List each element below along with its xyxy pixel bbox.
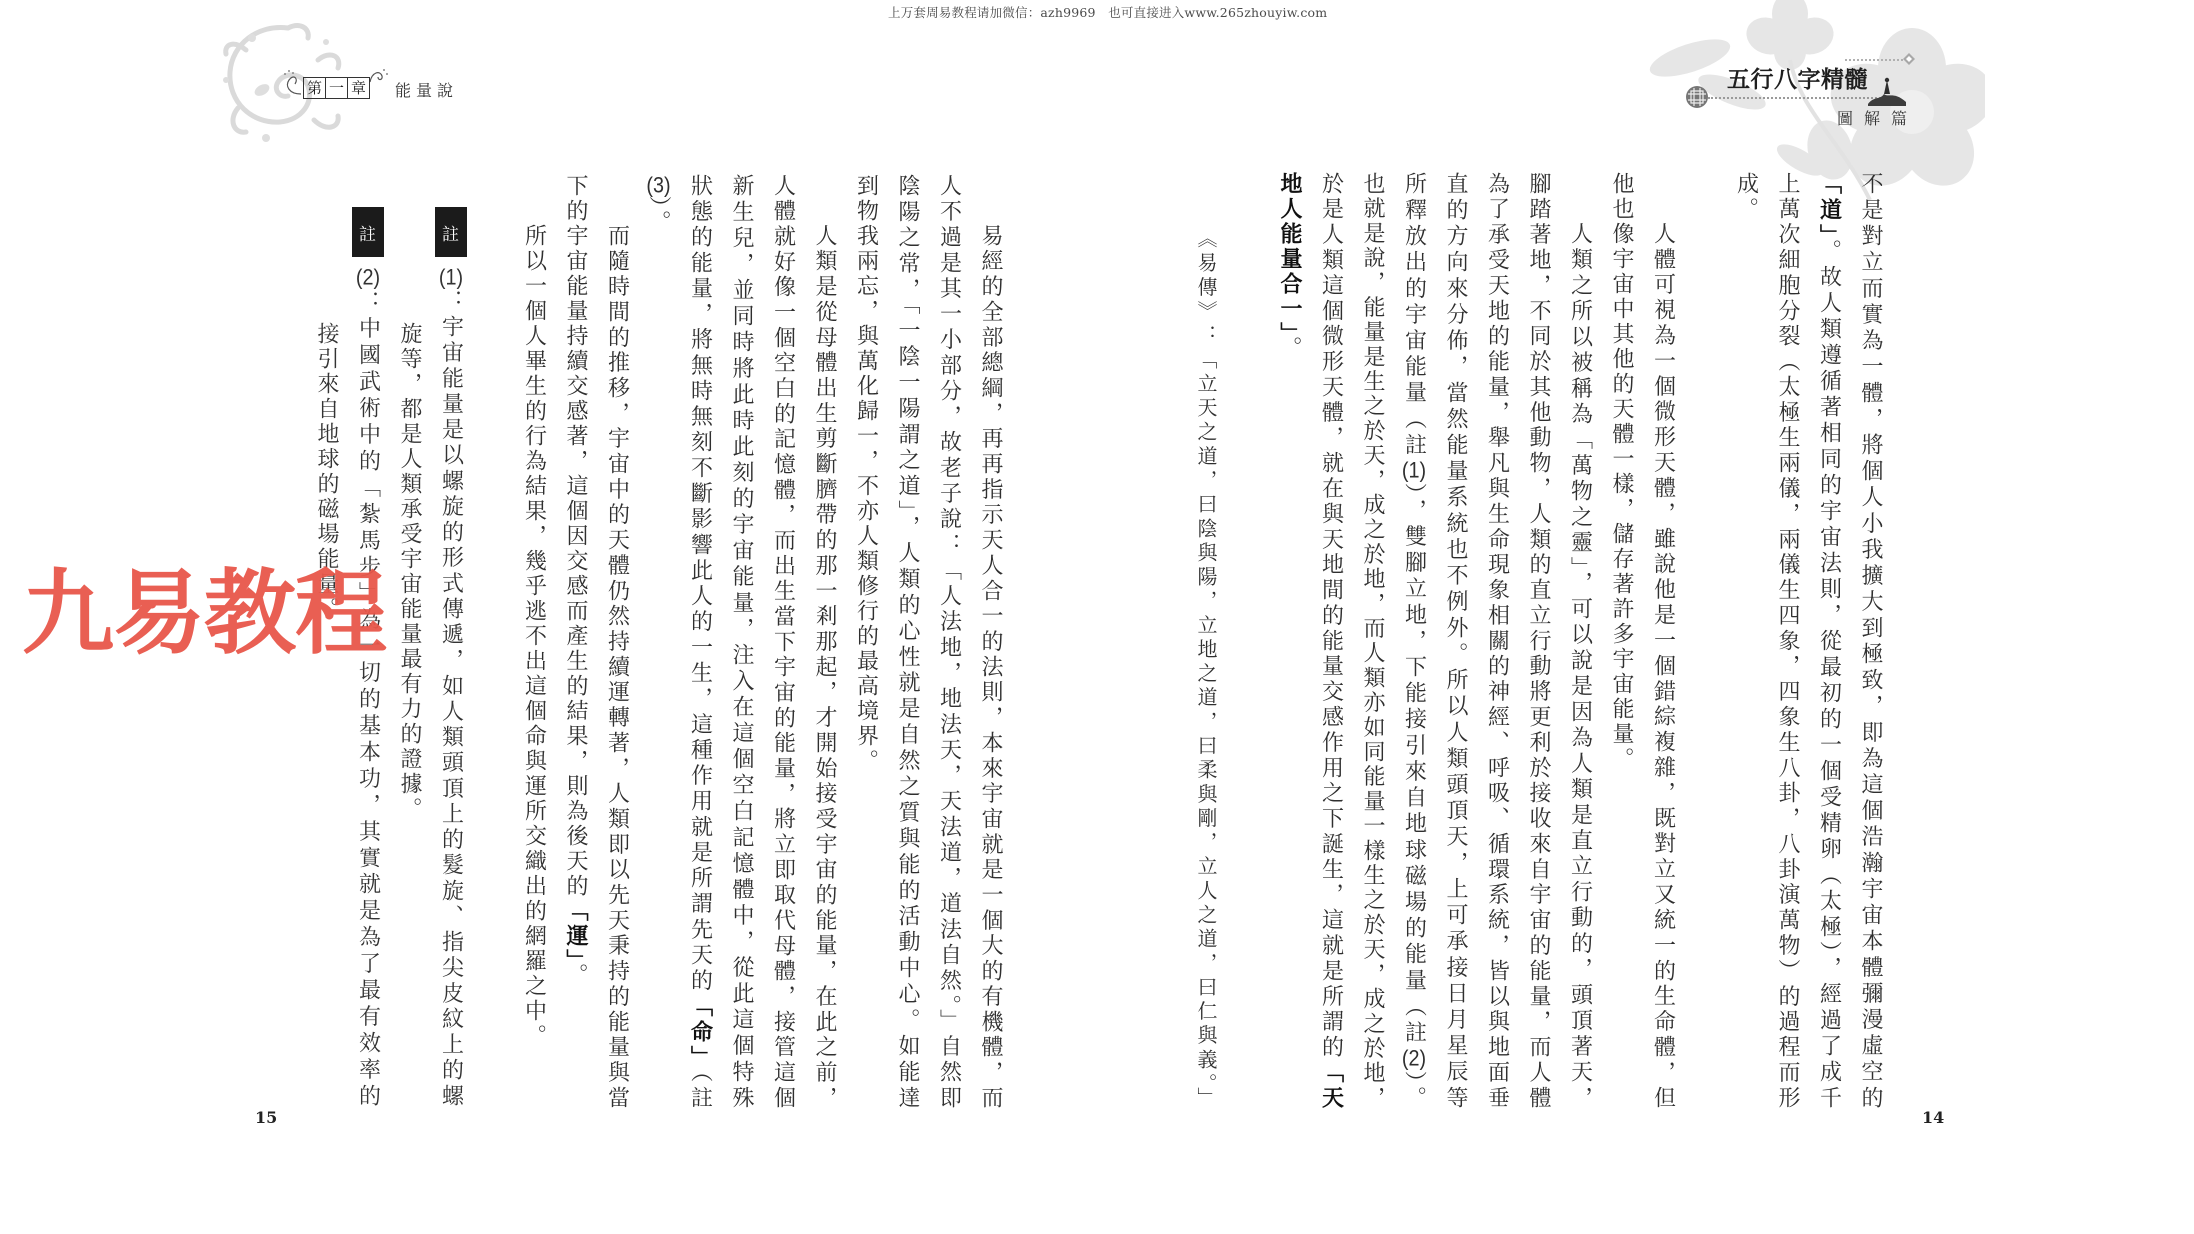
emphasized-term: 「運」: [563, 899, 588, 963]
text-column: 陰陽之常，「一陰一陽謂之道」，人類的心性就是自然之質與能的活動中心。如能達: [892, 174, 922, 1110]
text-run: ）。: [646, 196, 671, 235]
text-run: 為了承受天地的能量，舉凡與生命現象相關的神經、呼吸、循環系統，皆以與地面垂: [1485, 172, 1510, 1110]
text-run: 他也像宇宙中其他的天體一樣，儲存著許多宇宙能量。: [1609, 172, 1634, 772]
watermark-text: 九易教程: [22, 568, 386, 660]
text-column: 人類是從母體出生剪斷臍帶的那一剎那起，才開始接受宇宙的能量，在此之前，: [809, 224, 839, 1110]
chapter-label-cell: 一: [326, 77, 348, 99]
text-run: （註: [688, 1071, 713, 1110]
text-column: 狀態的能量，將無時無刻不斷影響此人的一生，這種作用就是所謂先天的「命」（註: [685, 174, 715, 1110]
curl-right-icon: [368, 66, 388, 86]
text-run: 成。: [1734, 172, 1759, 222]
text-column: 到物我兩忘，與萬化歸一，不亦人類修行的最高境界。: [851, 174, 881, 1110]
text-run: 人體可視為一個微形天體，雖說他是一個錯綜複雜，既對立又統一的生命體，但: [1651, 222, 1676, 1110]
emphasized-term: 「天: [1319, 1061, 1344, 1110]
text-run: ）。: [1402, 1071, 1427, 1110]
knot-ornament-icon: [1685, 85, 1709, 109]
text-run: 腳踏著地，不同於其他動物，人類的直立行動將更利於接收來自宇宙的能量，而人體: [1526, 172, 1551, 1110]
text-column: 直的方向來分佈，當然能量系統也不例外。所以人類頭頂天，上可承接日月星辰等: [1440, 172, 1470, 1110]
emphasized-term: 「命」: [688, 994, 713, 1071]
text-column: 所以一個人畢生的行為結果，幾乎逃不出這個命與運所交織出的網羅之中。: [519, 224, 549, 1110]
text-run: 人不過是其一小部分，故老子說：「人法地，地法天，天法道，道法自然。」自然即: [937, 174, 962, 1110]
chapter-label-cell: 章: [348, 77, 370, 99]
page-number-right: 14: [1922, 1108, 1944, 1127]
chapter-title: 能量說: [395, 78, 458, 101]
text-run: 到物我兩忘，與萬化歸一，不亦人類修行的最高境界。: [854, 174, 879, 774]
text-run: 於是人類這個微形天體，就在與天地間的能量交感作用之下誕生，這就是所謂的: [1319, 172, 1344, 1061]
note-badge: 註: [352, 207, 384, 257]
footnote-1-continued: 旋等，都是人類承受宇宙能量最有力的證據。: [394, 322, 424, 1108]
text-column: 不是對立而實為一體，將個人小我擴大到極致，即為這個浩瀚宇宙本體彌漫虛空的: [1855, 172, 1885, 1110]
text-column: 也就是說，能量是生之於天，成之於地，而人類亦如同能量一樣生之於天，成之於地，: [1357, 172, 1387, 1110]
footnote-2-continued: 接引來自地球的磁場能量。: [311, 322, 341, 1108]
footnote-ref: (3): [646, 174, 671, 196]
text-column: 「道」。故人類遵循著相同的宇宙法則，從最初的一個受精卵（太極），經過了成千: [1814, 172, 1844, 1110]
emphasized-term: 地人能量合一」: [1277, 172, 1302, 336]
text-column: 人體就好像一個空白的記憶體，而出生當下宇宙的能量，將立即取代母體，接管這個: [768, 174, 798, 1110]
footnote-text: ：中國武術中的「紮馬步」為一切的基本功，其實就是為了最有效率的: [356, 290, 381, 1108]
text-run: 人類是從母體出生剪斷臍帶的那一剎那起，才開始接受宇宙的能量，在此之前，: [812, 224, 837, 1110]
text-column: 人類之所以被稱為「萬物之靈」，可以說是因為人類是直立行動的，頭頂著天，: [1565, 222, 1595, 1110]
text-run: 所以一個人畢生的行為結果，幾乎逃不出這個命與運所交織出的網羅之中。: [522, 224, 547, 1049]
text-column: 地人能量合一」。: [1274, 172, 1304, 1110]
text-run: 所釋放出的宇宙能量（註: [1402, 172, 1427, 459]
text-run: 也就是說，能量是生之於天，成之於地，而人類亦如同能量一樣生之於天，成之於地，: [1360, 172, 1385, 1110]
emphasized-term: 「道」: [1817, 172, 1842, 239]
chapter-label-box: 第 一 章: [303, 77, 370, 99]
text-column: 而隨時間的推移，宇宙中的天體仍然持續運轉著，人類即以先天秉持的能量與當: [602, 224, 632, 1110]
text-column: 他也像宇宙中其他的天體一樣，儲存著許多宇宙能量。: [1606, 172, 1636, 1110]
chapter-label-cell: 第: [303, 77, 326, 99]
page-number-left: 15: [255, 1108, 277, 1127]
footnote-ref: (1): [1402, 459, 1427, 483]
text-run: 。: [1277, 336, 1302, 361]
text-run: 狀態的能量，將無時無刻不斷影響此人的一生，這種作用就是所謂先天的: [688, 174, 713, 994]
text-run: 陰陽之常，「一陰一陽謂之道」，人類的心性就是自然之質與能的活動中心。如能達: [895, 174, 920, 1110]
text-run: 上萬次細胞分裂（太極生兩儀，兩儀生四象，四象生八卦，八卦演萬物）的過程而形: [1775, 172, 1800, 1110]
text-column: 新生兒，並同時將此時此刻的宇宙能量，注入在這個空白記憶體中，從此這個特殊: [726, 174, 756, 1110]
footnote-text: 旋等，都是人類承受宇宙能量最有力的證據。: [397, 322, 422, 822]
quotation-column: 《易傳》：「立天之道，曰陰與陽，立地之道，曰柔與剛，立人之道，曰仁與義。」: [1191, 228, 1221, 1108]
text-run: 而隨時間的推移，宇宙中的天體仍然持續運轉著，人類即以先天秉持的能量與當: [605, 224, 630, 1110]
book-title: 五行八字精髓: [1727, 61, 1868, 94]
mountain-figure-icon: [1866, 76, 1908, 108]
curl-left-icon: [281, 68, 303, 96]
diamond-ornament-icon: [1903, 53, 1915, 65]
text-run: 《易傳》：「立天之道，曰陰與陽，立地之道，曰柔與剛，立人之道，曰仁與義。」: [1194, 228, 1218, 1108]
footnote-2: (2)：中國武術中的「紮馬步」為一切的基本功，其實就是為了最有效率的: [353, 266, 383, 1108]
text-run: 下的宇宙能量持續交感著，這個因交感而產生的結果，則為後天的: [563, 174, 588, 899]
text-column: 人不過是其一小部分，故老子說：「人法地，地法天，天法道，道法自然。」自然即: [934, 174, 964, 1110]
text-run: 易經的全部總綱，再再指示天人合一的法則，本來宇宙就是一個大的有機體，而: [978, 224, 1003, 1110]
text-column: 於是人類這個微形天體，就在與天地間的能量交感作用之下誕生，這就是所謂的「天: [1316, 172, 1346, 1110]
text-run: 直的方向來分佈，當然能量系統也不例外。所以人類頭頂天，上可承接日月星辰等: [1443, 172, 1468, 1110]
text-column: 易經的全部總綱，再再指示天人合一的法則，本來宇宙就是一個大的有機體，而: [975, 224, 1005, 1110]
text-run: 人體就好像一個空白的記憶體，而出生當下宇宙的能量，將立即取代母體，接管這個: [771, 174, 796, 1110]
text-run: ），雙腳立地，下能接引來自地球磁場的能量（註: [1402, 483, 1427, 1046]
footnote-number: (1): [439, 266, 464, 290]
footnote-text: ：宇宙能量是以螺旋的形式傳遞，如人類頭頂上的髮旋、指尖皮紋上的螺: [439, 290, 464, 1108]
text-column: 腳踏著地，不同於其他動物，人類的直立行動將更利於接收來自宇宙的能量，而人體: [1523, 172, 1553, 1110]
text-column: 人體可視為一個微形天體，雖說他是一個錯綜複雜，既對立又統一的生命體，但: [1648, 222, 1678, 1110]
text-column: 為了承受天地的能量，舉凡與生命現象相關的神經、呼吸、循環系統，皆以與地面垂: [1482, 172, 1512, 1110]
text-run: 。故人類遵循著相同的宇宙法則，從最初的一個受精卵（太極），經過了成千: [1817, 239, 1842, 1110]
text-run: 人類之所以被稱為「萬物之靈」，可以說是因為人類是直立行動的，頭頂著天，: [1568, 222, 1593, 1110]
text-run: 新生兒，並同時將此時此刻的宇宙能量，注入在這個空白記憶體中，從此這個特殊: [729, 174, 754, 1110]
note-badge: 註: [435, 207, 467, 257]
text-run: 不是對立而實為一體，將個人小我擴大到極致，即為這個浩瀚宇宙本體彌漫虛空的: [1858, 172, 1883, 1110]
text-column: 下的宇宙能量持續交感著，這個因交感而產生的結果，則為後天的「運」。: [560, 174, 590, 1110]
top-banner-text: 上万套周易教程请加微信：azh9969 也可直接进入www.265zhouyiw…: [888, 3, 1327, 21]
text-column: (3)）。: [643, 174, 673, 1110]
footnote-ref: (2): [1402, 1047, 1427, 1071]
text-column: 成。: [1731, 172, 1761, 1110]
footnote-1: (1)：宇宙能量是以螺旋的形式傳遞，如人類頭頂上的髮旋、指尖皮紋上的螺: [436, 266, 466, 1108]
text-column: 所釋放出的宇宙能量（註(1)），雙腳立地，下能接引來自地球磁場的能量（註(2)）…: [1399, 172, 1429, 1110]
text-run: 。: [563, 963, 588, 988]
book-subtitle: 圖解篇: [1837, 106, 1918, 129]
footnote-number: (2): [356, 266, 381, 290]
text-column: 上萬次細胞分裂（太極生兩儀，兩儀生四象，四象生八卦，八卦演萬物）的過程而形: [1772, 172, 1802, 1110]
